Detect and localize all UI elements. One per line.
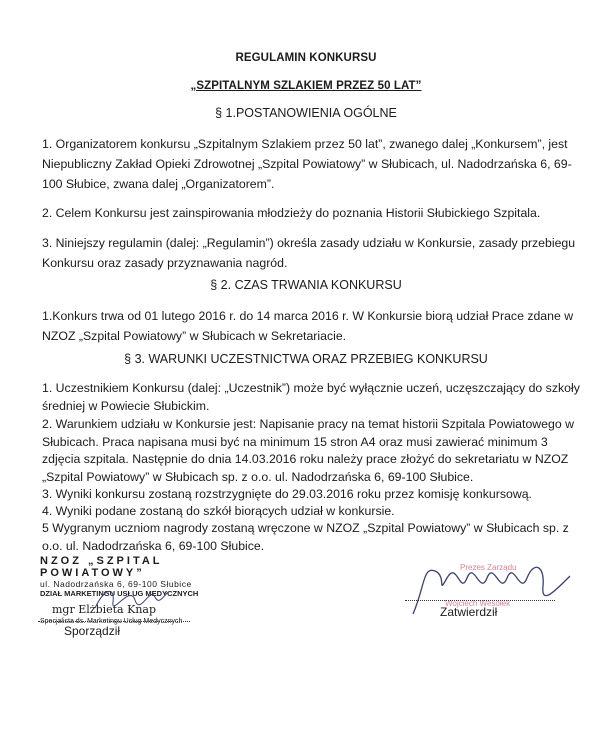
right-signature-label: Zatwierdził [440,605,497,619]
section-3-paragraph-4: 4. Wyniki podane zostaną do szkół biorąc… [42,503,582,521]
document-title: REGULAMIN KONKURSU [0,52,612,64]
section-3-paragraph-1: 1. Uczestnikiem Konkursu (dalej: „Uczest… [42,380,582,415]
section-2-paragraph-1: 1.Konkurs trwa od 01 lutego 2016 r. do 1… [42,306,582,346]
section-1-paragraph-2: 2. Celem Konkursu jest zainspirowania mł… [42,203,582,223]
section-3-paragraph-2: 2. Warunkiem udziału w Konkursie jest: N… [42,416,582,486]
section-2-heading: § 2. CZAS TRWANIA KONKURSU [0,278,612,292]
section-1-paragraph-3: 3. Niniejszy regulamin (dalej: „Regulami… [42,233,582,273]
section-1-heading: § 1.POSTANOWIENIA OGÓLNE [0,106,612,120]
svg-text:Prezes Zarządu: Prezes Zarządu [460,563,516,572]
contest-name: „SZPITALNYM SZLAKIEM PRZEZ 50 LAT” [0,80,612,92]
document-page: REGULAMIN KONKURSU „SZPITALNYM SZLAKIEM … [0,0,612,754]
left-signature [85,582,175,614]
stamp-org-name: NZOZ „SZPITAL POWIATOWY” [40,555,240,579]
left-signature-label: Sporządził [64,624,120,638]
section-3-heading: § 3. WARUNKI UCZESTNICTWA ORAZ PRZEBIEG … [0,352,612,366]
section-3-paragraph-5: 5 Wygranym uczniom nagrody zostaną wręcz… [42,520,582,555]
section-1-paragraph-1: 1. Organizatorem konkursu „Szpitalnym Sz… [42,134,582,194]
section-3-paragraph-3: 3. Wyniki konkursu zostaną rozstrzygnięt… [42,486,582,504]
left-signature-line [38,621,190,622]
right-signature-line [405,600,555,601]
